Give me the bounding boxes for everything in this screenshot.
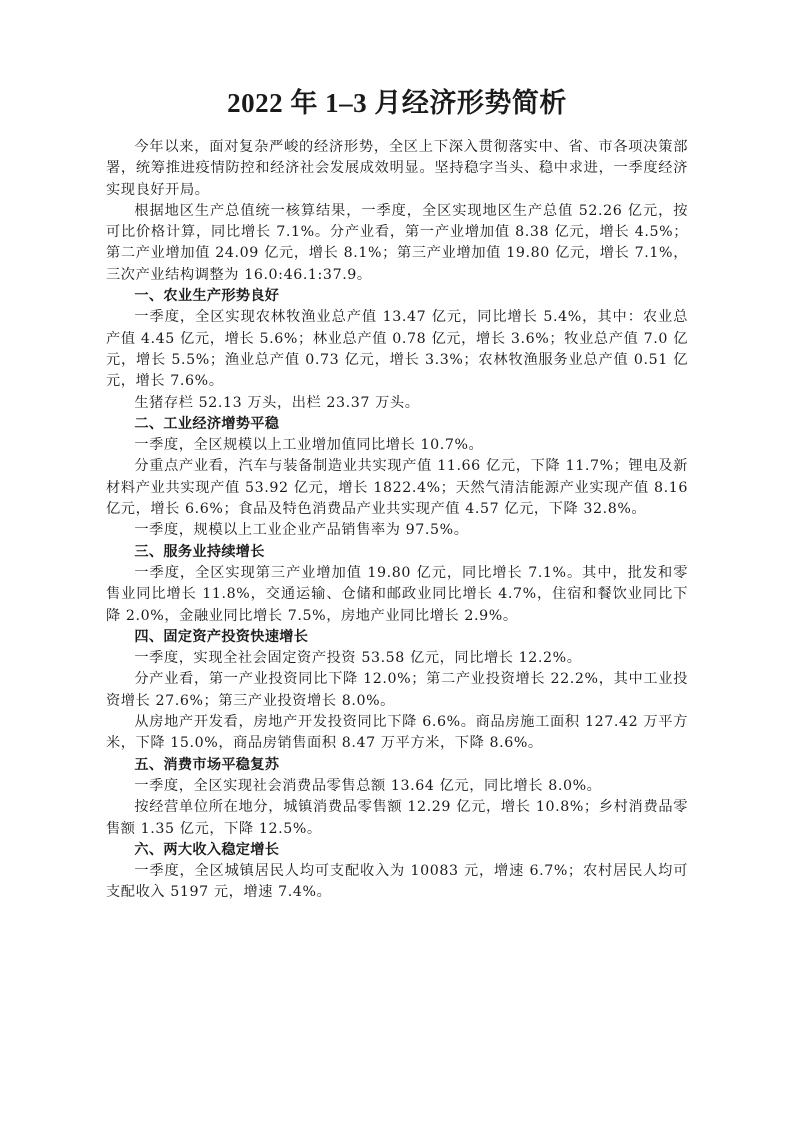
document-title: 2022 年 1–3 月经济形势简析 [106, 84, 688, 122]
intro-paragraph: 根据地区生产总值统一核算结果，一季度，全区实现地区生产总值 52.26 亿元，按… [106, 201, 688, 286]
intro-paragraph: 今年以来，面对复杂严峻的经济形势，全区上下深入贯彻落实中、省、市各项决策部署，统… [106, 137, 688, 201]
section-heading-income: 六、两大收入稳定增长 [106, 840, 688, 861]
document-page: 2022 年 1–3 月经济形势简析 今年以来，面对复杂严峻的经济形势，全区上下… [106, 84, 688, 904]
body-paragraph: 按经营单位所在地分，城镇消费品零售额 12.29 亿元，增长 10.8%；乡村消… [106, 797, 688, 840]
body-paragraph: 分重点产业看，汽车与装备制造业共实现产值 11.66 亿元，下降 11.7%；锂… [106, 456, 688, 520]
body-paragraph: 一季度，全区实现农林牧渔业总产值 13.47 亿元，同比增长 5.4%，其中：农… [106, 307, 688, 392]
section-heading-industry: 二、工业经济增势平稳 [106, 414, 688, 435]
section-heading-services: 三、服务业持续增长 [106, 542, 688, 563]
body-paragraph: 分产业看，第一产业投资同比下降 12.0%；第二产业投资增长 22.2%，其中工… [106, 669, 688, 712]
body-paragraph: 从房地产开发看，房地产开发投资同比下降 6.6%。商品房施工面积 127.42 … [106, 712, 688, 755]
body-paragraph: 一季度，全区城镇居民人均可支配收入为 10083 元，增速 6.7%；农村居民人… [106, 861, 688, 904]
body-paragraph: 一季度，全区实现第三产业增加值 19.80 亿元，同比增长 7.1%。其中，批发… [106, 563, 688, 627]
body-paragraph: 一季度，规模以上工业企业产品销售率为 97.5%。 [106, 520, 688, 541]
section-heading-consumption: 五、消费市场平稳复苏 [106, 755, 688, 776]
body-paragraph: 一季度，全区规模以上工业增加值同比增长 10.7%。 [106, 435, 688, 456]
section-heading-agriculture: 一、农业生产形势良好 [106, 286, 688, 307]
body-paragraph: 一季度，全区实现社会消费品零售总额 13.64 亿元，同比增长 8.0%。 [106, 776, 688, 797]
body-paragraph: 生猪存栏 52.13 万头，出栏 23.37 万头。 [106, 393, 688, 414]
body-paragraph: 一季度，实现全社会固定资产投资 53.58 亿元，同比增长 12.2%。 [106, 648, 688, 669]
section-heading-investment: 四、固定资产投资快速增长 [106, 627, 688, 648]
